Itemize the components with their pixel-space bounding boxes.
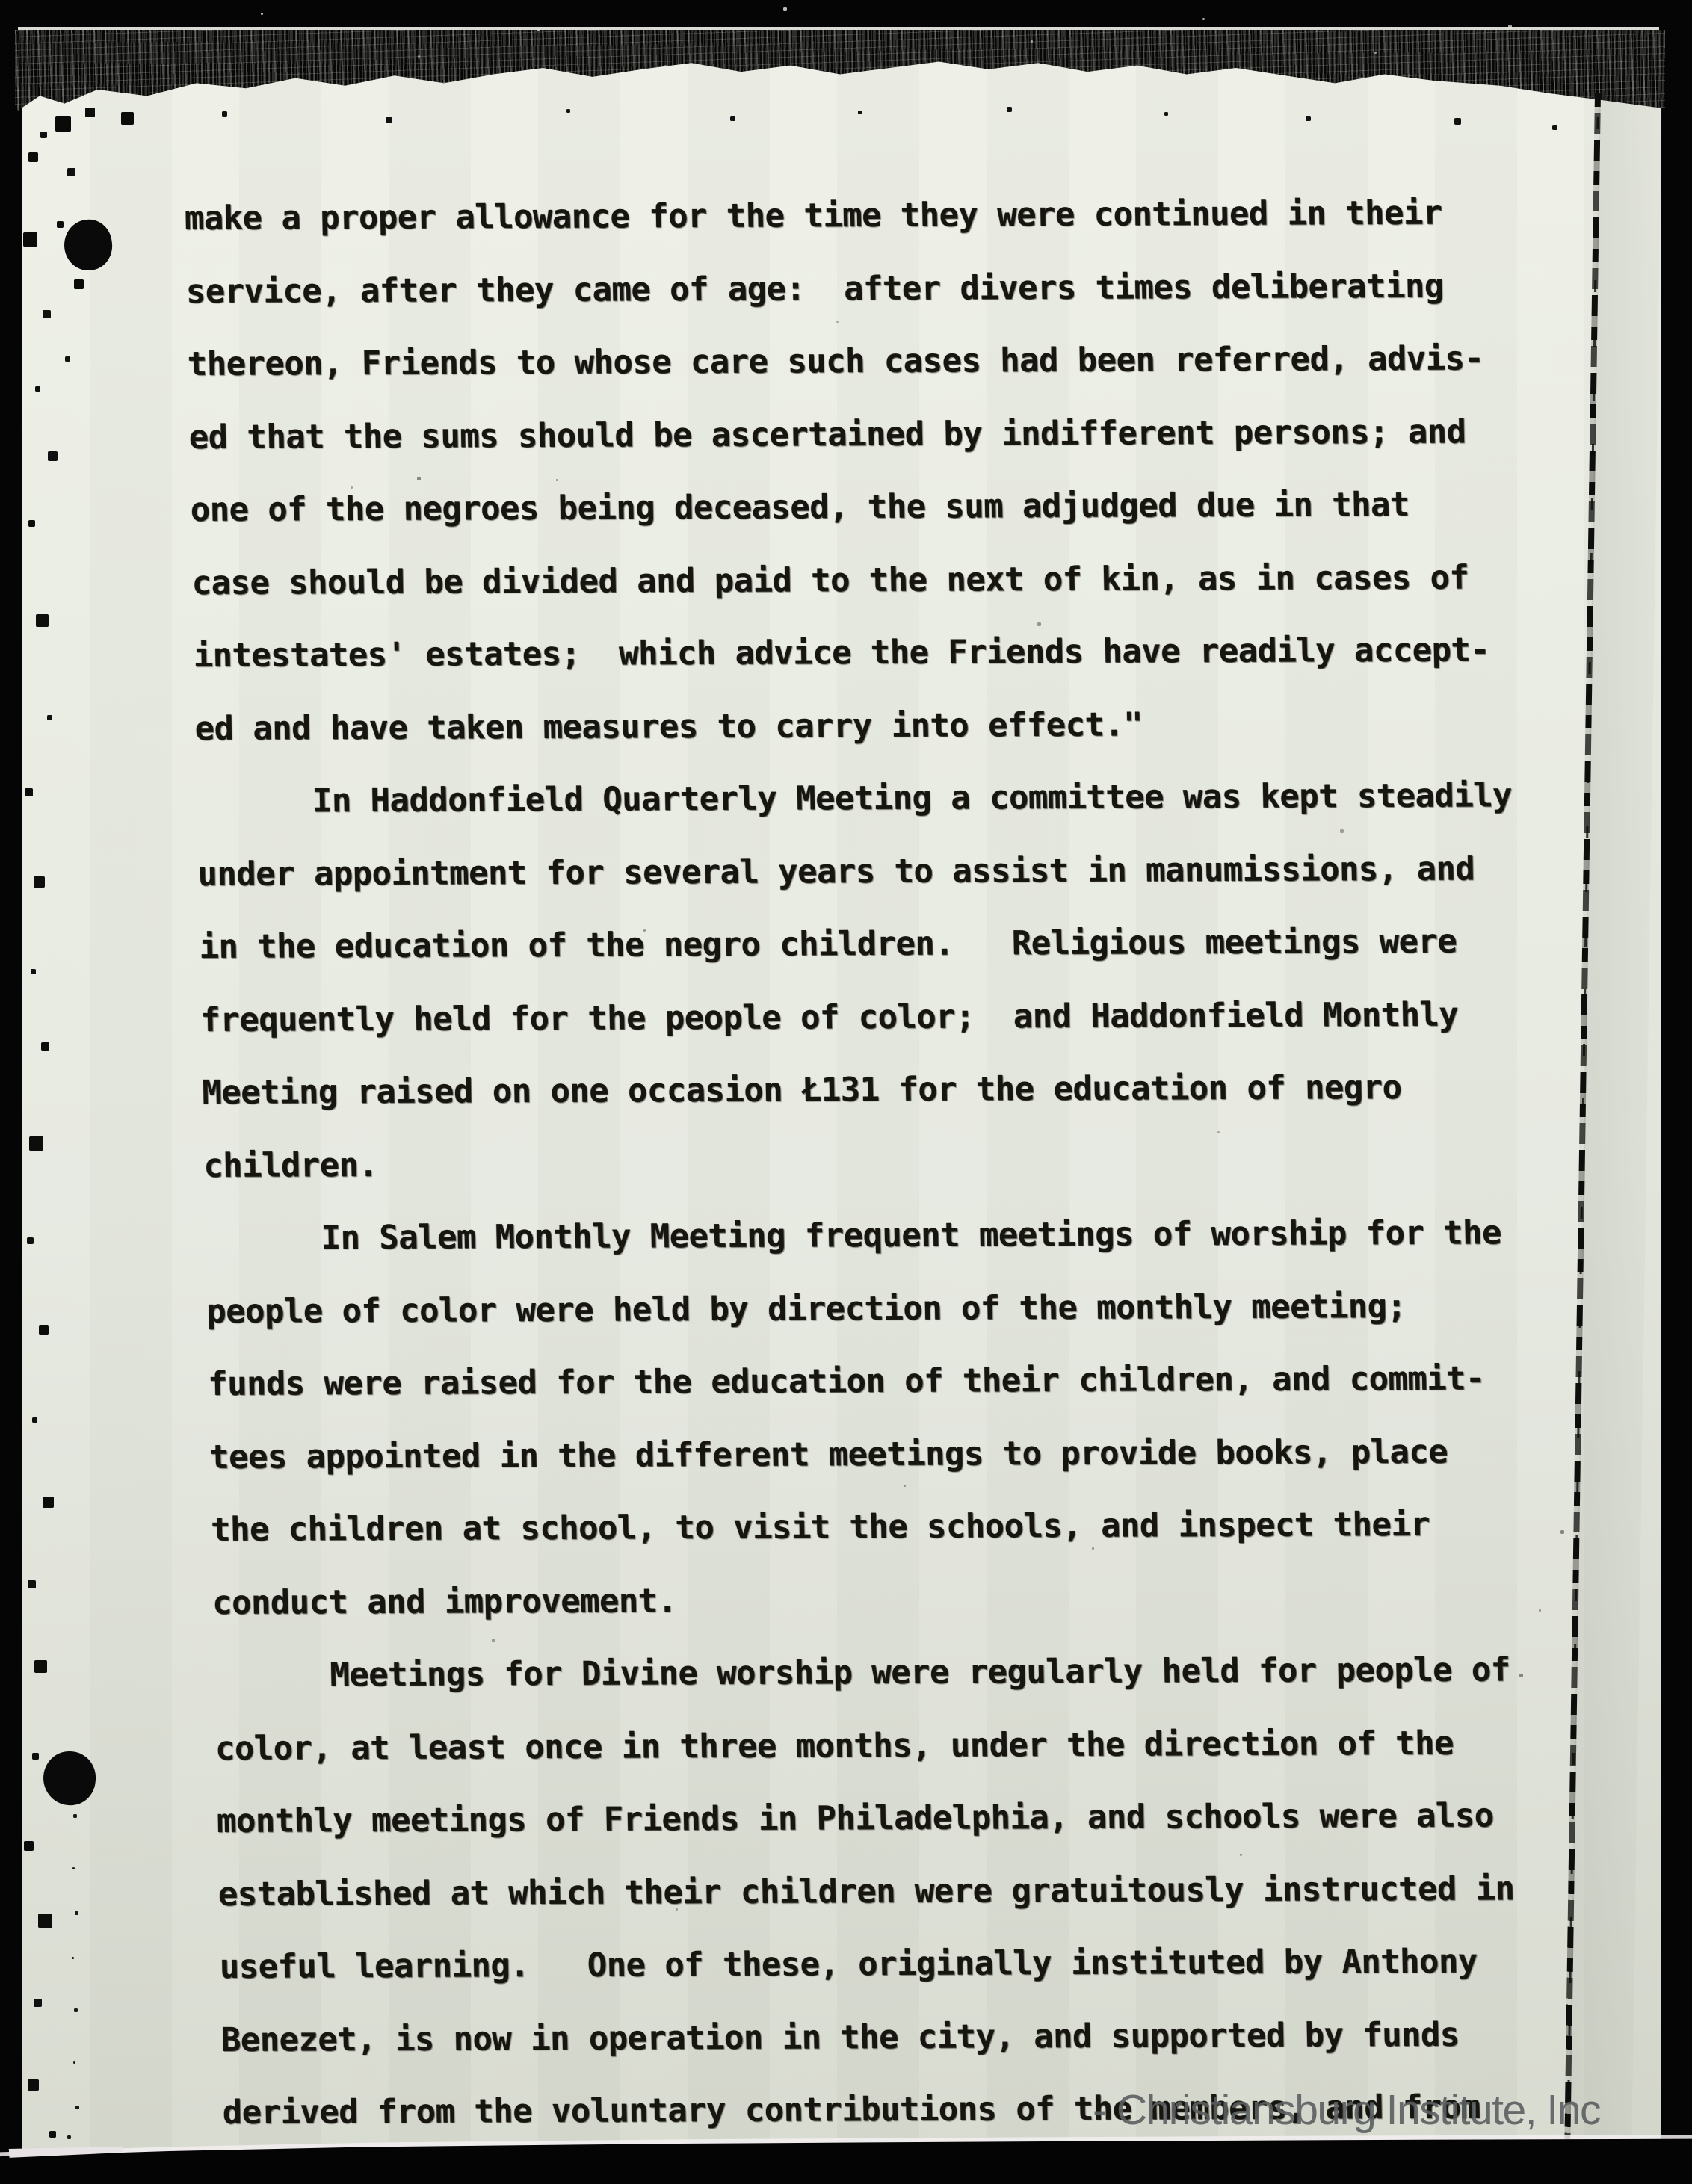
typed-line: make a proper allowance for the time the… <box>184 176 1531 255</box>
paper-top-edge-highlight <box>18 27 1659 30</box>
typed-line: case should be divided and paid to the n… <box>191 541 1538 619</box>
typed-line: monthly meetings of Friends in Philadelp… <box>216 1779 1563 1857</box>
typed-line: conduct and improvement. <box>211 1561 1558 1639</box>
typed-line: service, after they came of age: after d… <box>185 250 1532 328</box>
typed-text-block: make a proper allowance for the time the… <box>184 176 1569 2149</box>
typed-line: tees appointed in the different meetings… <box>209 1415 1555 1494</box>
typed-line: people of color were held by direction o… <box>206 1269 1552 1348</box>
typed-line: Meetings for Divine worship were regular… <box>213 1633 1560 1712</box>
typed-line: In Salem Monthly Meeting frequent meetin… <box>204 1196 1551 1275</box>
typed-line: established at which their children were… <box>217 1852 1564 1931</box>
typed-line: ed that the sums should be ascertained b… <box>188 395 1535 474</box>
typed-line: useful learning. One of these, originall… <box>219 1925 1566 2003</box>
typed-line: under appointment for several years to a… <box>197 832 1544 911</box>
typed-line: Benezet, is now in operation in the city… <box>220 1998 1567 2076</box>
typed-line: children. <box>203 1124 1549 1202</box>
typed-line: Meeting raised on one occasion Ł131 for … <box>201 1051 1548 1129</box>
typed-line: color, at least once in three months, un… <box>214 1707 1561 1785</box>
scanner-dust-specks <box>0 0 1 1</box>
typed-line: thereon, Friends to whose care such case… <box>187 322 1534 400</box>
typed-line: the children at school, to visit the sch… <box>210 1488 1557 1566</box>
typed-line: ed and have taken measures to carry into… <box>194 687 1541 765</box>
typed-line: intestates' estates; which advice the Fr… <box>193 613 1540 692</box>
typed-line: frequently held for the people of color;… <box>200 978 1547 1057</box>
watermark: - Christiansburg Institute, Inc <box>1093 2089 1600 2132</box>
typed-line: In Haddonfield Quarterly Meeting a commi… <box>196 759 1543 838</box>
typed-line: funds were raised for the education of t… <box>207 1342 1554 1420</box>
typed-line: one of the negroes being deceased, the s… <box>190 468 1537 546</box>
typed-line: in the education of the negro children. … <box>199 905 1546 983</box>
scanned-document-page: make a proper allowance for the time the… <box>0 0 1692 2184</box>
